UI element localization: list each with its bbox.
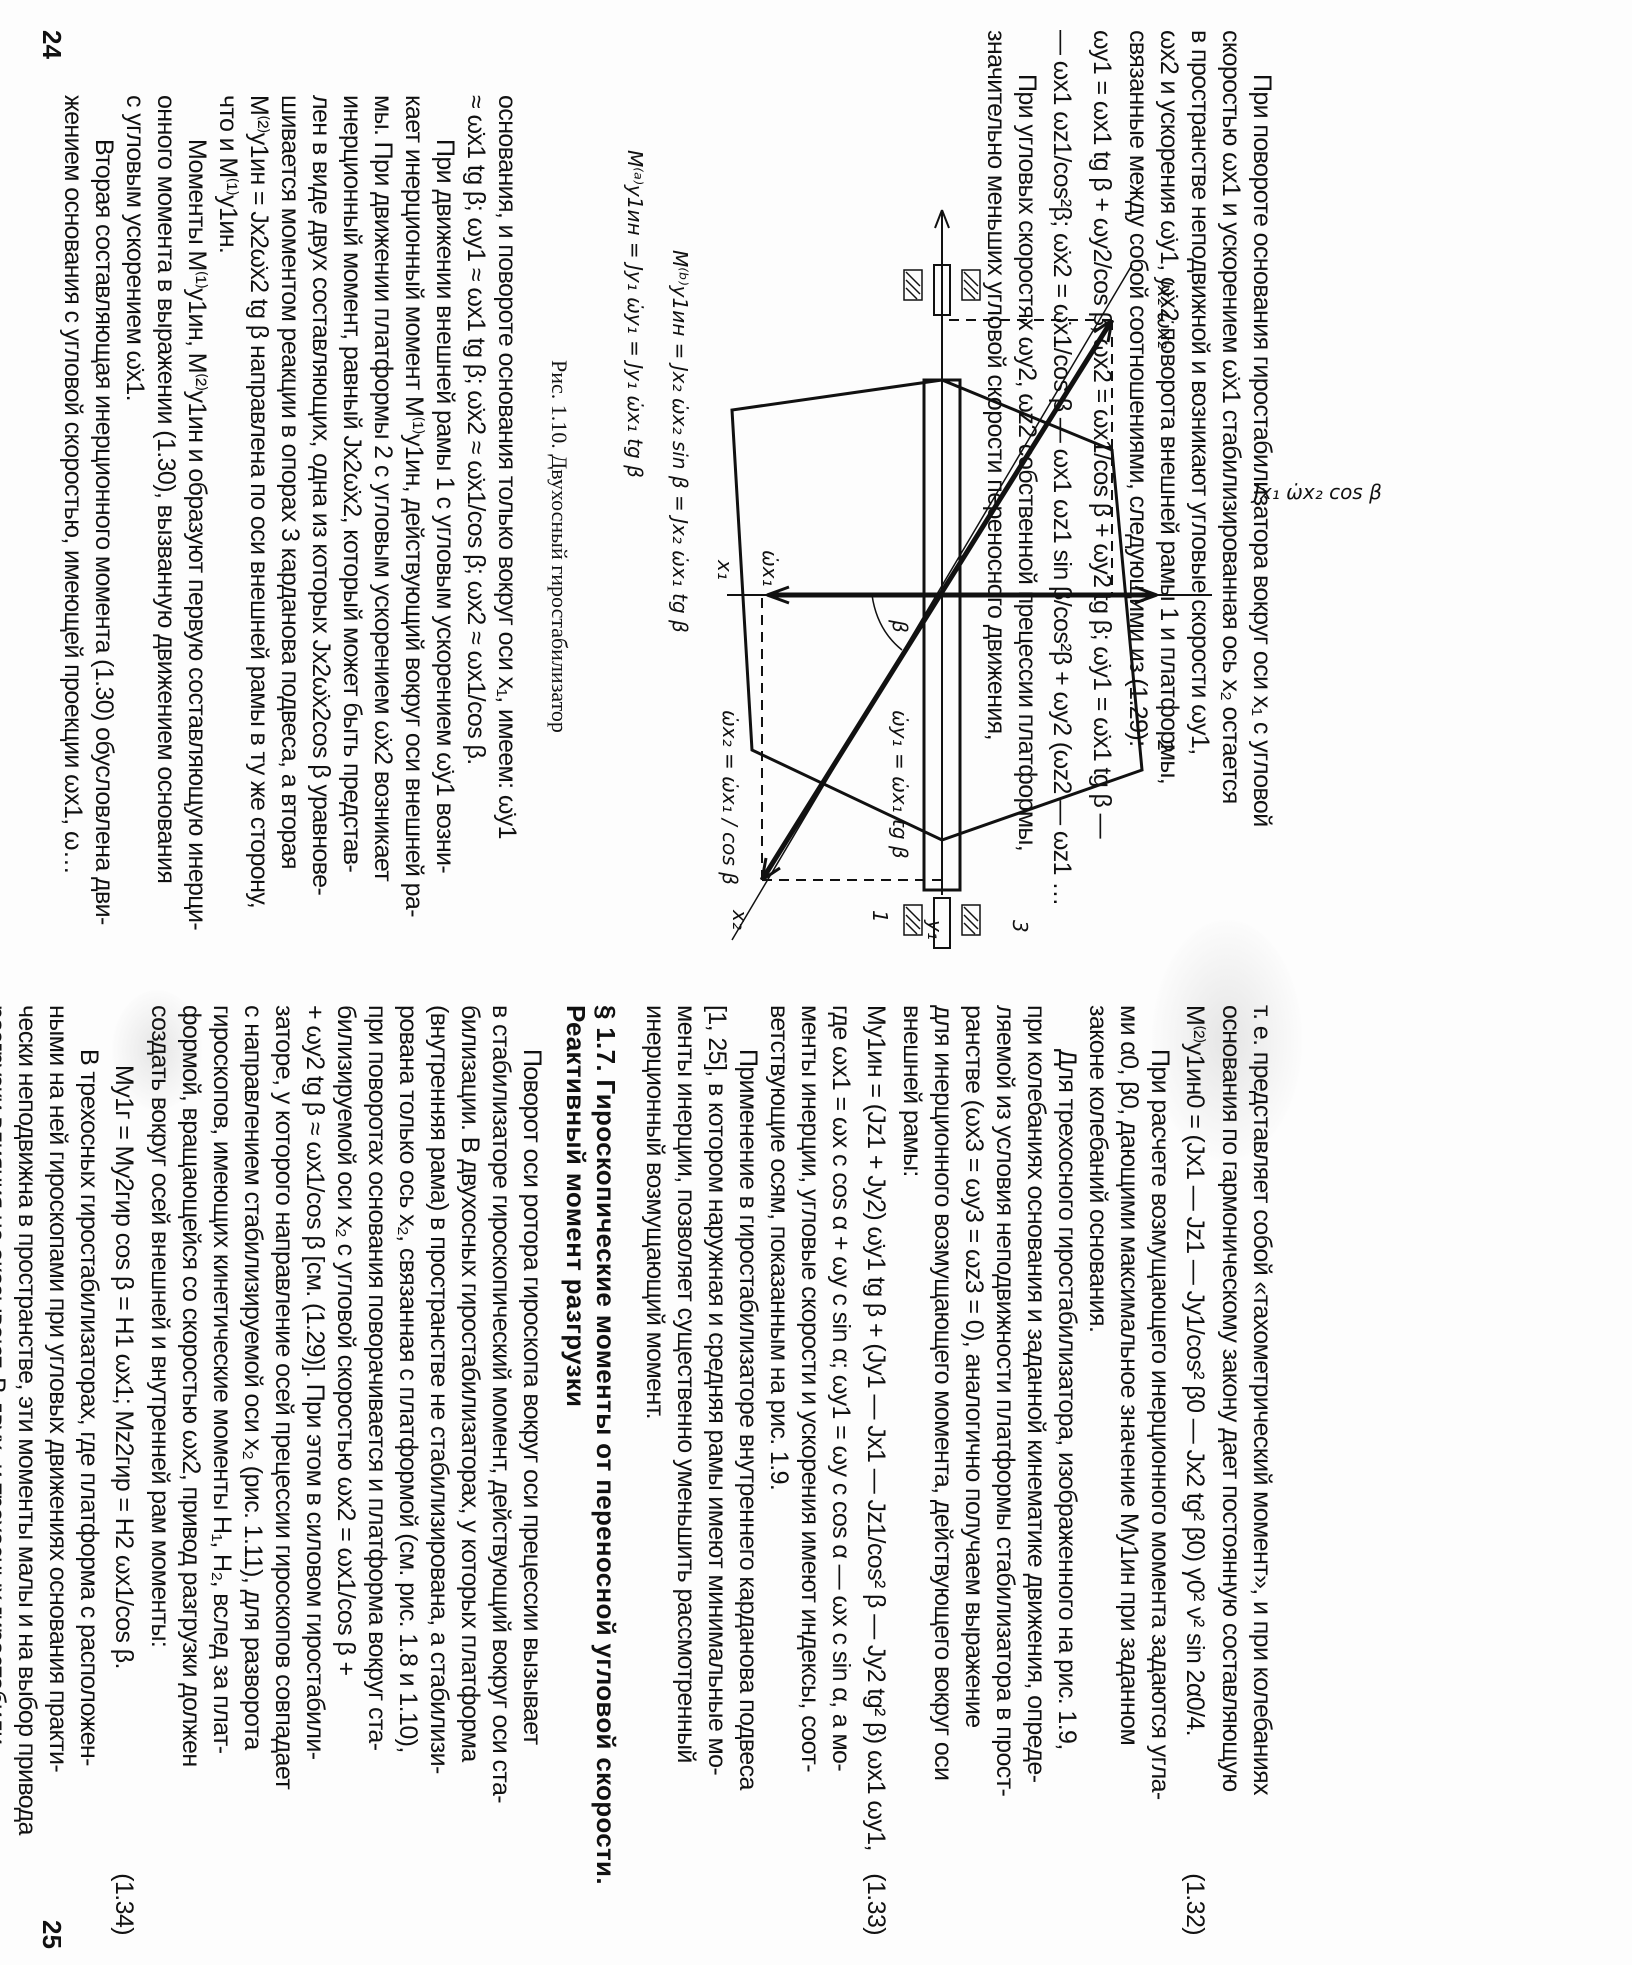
text-line: рована только ось x₂, связанная с платфо… [392, 1005, 423, 1935]
text-line: мы. При движении платформы 2 с угловым у… [367, 95, 398, 975]
label-beta: β [888, 620, 912, 633]
page-25: При повороте основания гиростабилизатора… [0, 985, 1632, 1965]
text-line: заторе, у которого направление осей прец… [268, 1005, 299, 1935]
label-moment-b: M⁽ᵇ⁾y1ин = Jx₂ ω̇x₂ sin β = Jx₂ ω̇x₁ tg … [668, 250, 692, 633]
text-line: ωx2 и ускорения ω̇y1, ω̇x2 поворота внеш… [1153, 30, 1184, 1030]
text-line: в пространстве неподвижной и возникают у… [1184, 30, 1215, 1030]
text-line: значительно меньших угловой скорости пер… [980, 30, 1011, 1030]
text-line: При повороте основания гиростабилизатора… [1246, 30, 1277, 1030]
equation-1-32: M⁽²⁾y1ин0 = (Jx1 — Jz1 — Jy1/cos² β0 — J… [1175, 1005, 1215, 1935]
text-line: гироскопов, имеющих кинетические моменты… [206, 1005, 237, 1935]
text-line: связанные между собой соотношениями, сле… [1122, 30, 1153, 1030]
equation-number: (1.32) [1175, 1873, 1215, 1935]
text-line: инерционный возмущающий момент. [639, 1005, 670, 1935]
label-axis-x2: x₂ [728, 910, 752, 930]
page-number-24: 24 [36, 30, 67, 59]
page-24: Jx₁ ω̇x₂ cos β Jx₂ ω̇x₂ 2 3 1 y₁ x₁ x₂ β… [0, 0, 1632, 985]
text-line: ≈ ω̇x1 tg β; ωy1 ≈ ωx1 tg β; ω̇x2 ≈ ω̇x1… [460, 95, 491, 975]
equation-body: My1г = My2гир cos β = H1 ωx1; Mz2гир = H… [110, 1065, 138, 1669]
label-omega-y1-eq: ω̇y₁ = ω̇x₁ tg β [888, 710, 912, 859]
equation-line: ωy1 = ωx1 tg β + ωy2/cos β; ωx2 = ωx1/co… [1082, 30, 1122, 1030]
page-number-25: 25 [36, 1920, 67, 1949]
text-line: При расчете возмущающего инерционного мо… [1144, 1005, 1175, 1935]
text-line: законе колебаний основания. [1082, 1005, 1113, 1935]
equation-line: — ωx1 ωz1/cos²β; ω̇x2 = ω̇x1/cos β — ωx1… [1042, 30, 1082, 1030]
text-line: + ωy2 tg β ≈ ωx1/cos β [см. (1.29)]. При… [299, 1005, 330, 1935]
text-line: где ωx1 = ωx c cos α + ωy c sin α; ωy1 =… [825, 1005, 856, 1935]
text-line: основания по гармоническому закону дает … [1215, 1005, 1246, 1935]
text-line: с угловым ускорением ω̇x1. [119, 95, 150, 975]
text-line: для инерционного возмущающего момента, д… [927, 1005, 958, 1935]
text-line: создать вокруг осей внешней и внутренней… [144, 1005, 175, 1935]
equation-body: M⁽²⁾y1ин0 = (Jx1 — Jz1 — Jy1/cos² β0 — J… [1181, 1005, 1209, 1736]
text-line: шивается моментом реакции в опорах 3 кар… [274, 95, 305, 975]
text-line: При угловых скоростях ωy2, ωz2 собственн… [1011, 30, 1042, 1030]
text-line: кает инерционный момент M⁽¹⁾y1ин, действ… [398, 95, 429, 975]
text-line: Применение в гиростабилизаторе внутренне… [732, 1005, 763, 1935]
text-line: Моменты M⁽¹⁾y1ин, M⁽²⁾y1ин и образуют пе… [181, 95, 212, 975]
text-line: лен в виде двух составляющих, одна из ко… [305, 95, 336, 975]
text-line: При движении внешней рамы 1 с угловым ус… [429, 95, 460, 975]
text-line: инерционный момент, равный Jx2ω̇x2, кото… [336, 95, 367, 975]
equation-number: (1.34) [104, 1873, 144, 1935]
text-line: В трехосных гиростабилизаторах, где плат… [73, 1005, 104, 1935]
section-heading-line: § 1.7. Гироскопические моменты от перено… [591, 1005, 621, 1935]
equation-body: My1ин = (Jz1 + Jy2) ω̇y1 tg β + (Jy1 — J… [862, 1005, 890, 1851]
text-line: с направлением стабилизируемой оси x₂ (р… [237, 1005, 268, 1935]
text-line: M⁽²⁾y1ин = Jx2ω̇x2 tg β направлена по ос… [243, 95, 274, 975]
equation-number: (1.33) [856, 1873, 896, 1935]
text-line: (внутренняя рама) в пространстве не стаб… [423, 1005, 454, 1935]
label-frame-1: 1 [868, 910, 892, 923]
label-omega-x2-eq: ω̇x₂ = ω̇x₁ / cos β [718, 710, 742, 885]
text-line: Для трехосного гиростабилизатора, изобра… [1051, 1005, 1082, 1935]
text-line: разгрузки влияния не оказывают. В двух- … [0, 1005, 11, 1935]
book-spread: Jx₁ ω̇x₂ cos β Jx₂ ω̇x₂ 2 3 1 y₁ x₁ x₂ β… [0, 0, 1632, 1965]
text-line: ляемой из условия неподвижности платформ… [989, 1005, 1020, 1935]
equation-1-34: My1г = My2гир cos β = H1 ωx1; Mz2гир = H… [104, 1005, 144, 1935]
text-line: ранстве (ωx3 = ωy3 = ωz3 = 0), аналогичн… [958, 1005, 989, 1935]
text-line: внешней рамы: [896, 1005, 927, 1935]
right-page-opening-text: При повороте основания гиростабилизатора… [980, 30, 1277, 1030]
text-line: формой, вращающейся со скоростью ωx2, пр… [175, 1005, 206, 1935]
text-line: при колебаниях основания и заданной кине… [1020, 1005, 1051, 1935]
text-line: в стабилизаторе гироскопический момент, … [485, 1005, 516, 1935]
text-line: т. е. представляет собой «тахометрически… [1246, 1005, 1277, 1935]
left-page-text: основания, и повороте основания только в… [57, 95, 522, 975]
text-line: при поворотах основания поворачивается и… [361, 1005, 392, 1935]
text-line: основания, и повороте основания только в… [491, 95, 522, 975]
text-line: Поворот оси ротора гироскопа вокруг оси … [516, 1005, 547, 1935]
text-line: ветствующие осям, показанным на рис. 1.9… [763, 1005, 794, 1935]
text-line: ми α0, β0, дающими максимальное значение… [1113, 1005, 1144, 1935]
figure-caption: Рис. 1.10. Двухосный гиростабилизатор [546, 360, 572, 733]
text-line: [1, 25], в котором наружная и средняя ра… [701, 1005, 732, 1935]
text-line: скоростью ωx1 и ускорением ω̇x1 стабилиз… [1215, 30, 1246, 1030]
text-line: ными на ней гироскопами при угловых движ… [42, 1005, 73, 1935]
text-line: менты инерции, позволяет существенно уме… [670, 1005, 701, 1935]
text-line: чески неподвижна в пространстве, эти мом… [11, 1005, 42, 1935]
text-line: что и M⁽¹⁾y1ин. [212, 95, 243, 975]
label-axis-y1: y₁ [923, 920, 947, 940]
text-line: билизируемой оси x₂ с угловой скоростью … [330, 1005, 361, 1935]
right-page-text: т. е. представляет собой «тахометрически… [0, 1005, 1277, 1935]
equation-1-33: My1ин = (Jz1 + Jy2) ω̇y1 tg β + (Jy1 — J… [856, 1005, 896, 1935]
text-line: жением основания с угловой скоростью, им… [57, 95, 88, 975]
label-moment-a: M⁽ᵃ⁾y1ин = Jy₁ ω̇y₁ = Jy₁ ω̇x₁ tg β [623, 150, 647, 478]
section-heading: § 1.7. Гироскопические моменты от перено… [561, 1005, 621, 1935]
text-line: Вторая составляющая инерционного момента… [88, 95, 119, 975]
text-line: менты инерции, угловые скорости и ускоре… [794, 1005, 825, 1935]
text-line: онного момента в выражении (1.30), вызва… [150, 95, 181, 975]
section-heading-line: Реактивный момент разгрузки [561, 1005, 591, 1935]
label-omega-x1: ω̇x₁ [758, 550, 782, 587]
text-line: билизации. В двухосных гиростабилизатора… [454, 1005, 485, 1935]
label-axis-x1: x₁ [713, 560, 737, 580]
